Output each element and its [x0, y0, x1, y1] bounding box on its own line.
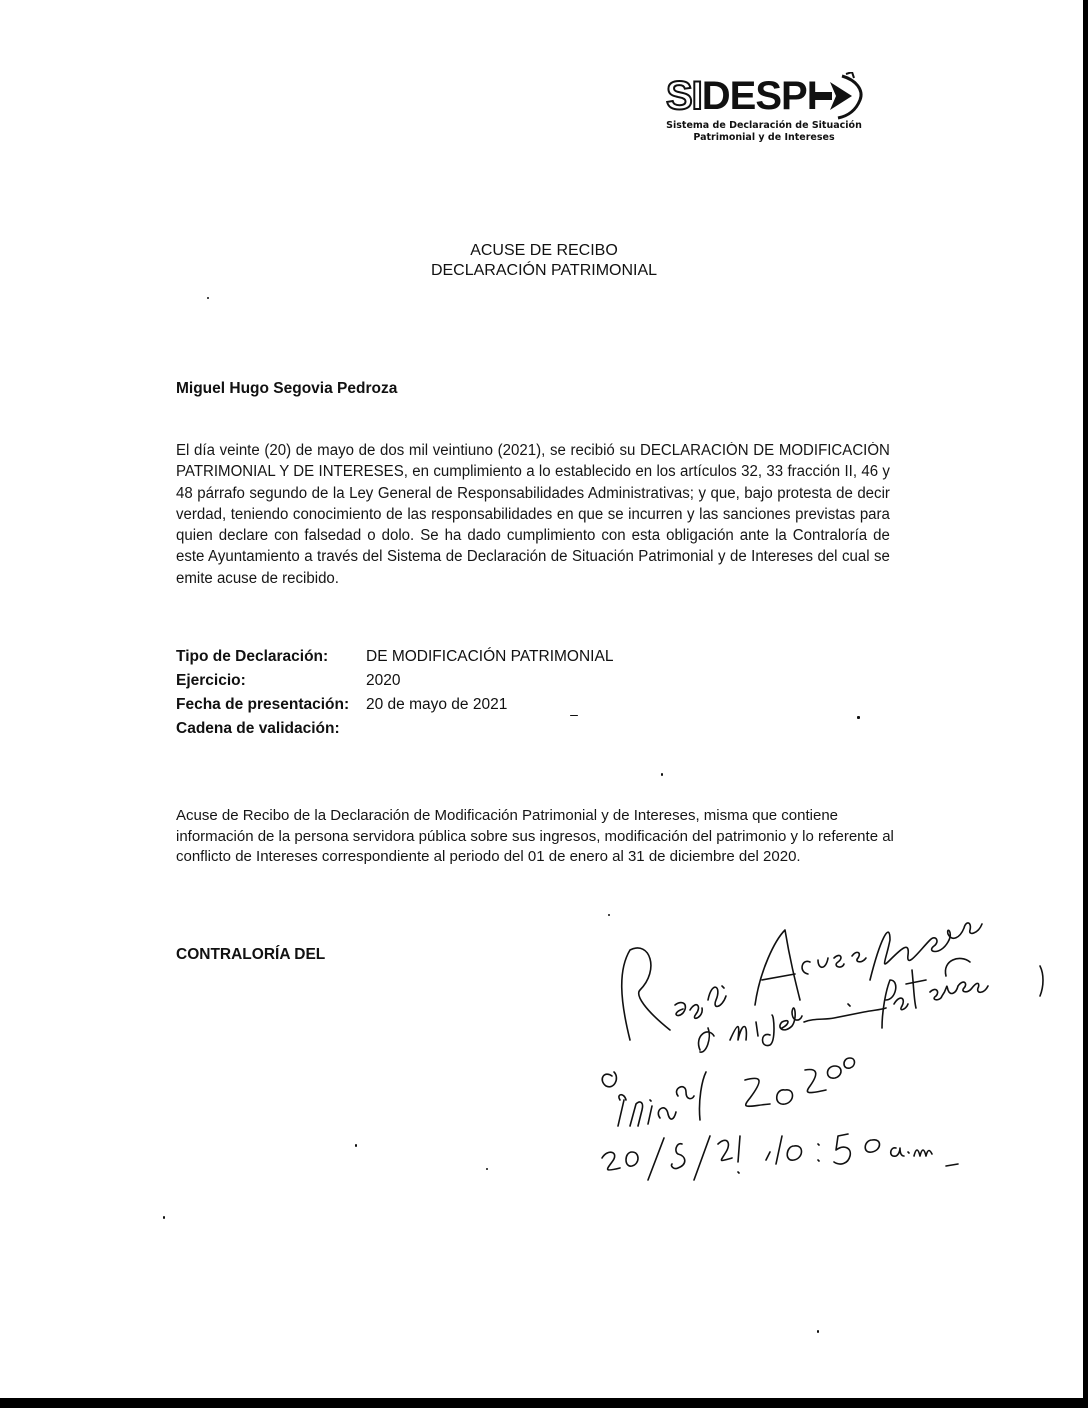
- detail-row-validation: Cadena de validación:: [176, 718, 613, 742]
- handwritten-note: Recibí Acuse Resguardo: [590, 900, 1070, 1200]
- detail-row-type: Tipo de Declaración: DE MODIFICACIÓN PAT…: [176, 646, 613, 670]
- scan-speck: [163, 1216, 165, 1219]
- note-paragraph: Acuse de Recibo de la Declaración de Mod…: [176, 806, 906, 868]
- declaration-details: Tipo de Declaración: DE MODIFICACIÓN PAT…: [176, 646, 613, 742]
- arrow-logo-icon: [812, 72, 868, 120]
- scan-speck: [207, 297, 209, 299]
- detail-value: 2020: [366, 670, 400, 694]
- detail-value: 20 de mayo de 2021: [366, 694, 507, 718]
- document-title: ACUSE DE RECIBO DECLARACIÓN PATRIMONIAL: [0, 241, 1088, 281]
- scan-speck: [355, 1144, 357, 1147]
- scan-speck: [661, 773, 663, 776]
- sidespi-logo: SIDESPI Sistema de Declaración de Situac…: [664, 72, 874, 144]
- recipient-name: Miguel Hugo Segovia Pedroza: [176, 380, 397, 398]
- scan-speck: [570, 715, 578, 716]
- scan-speck: [608, 914, 610, 916]
- detail-row-year: Ejercicio: 2020: [176, 670, 613, 694]
- scan-right-edge: [1083, 0, 1088, 1398]
- detail-label: Fecha de presentación:: [176, 694, 366, 718]
- scan-speck: [857, 716, 860, 719]
- detail-label: Tipo de Declaración:: [176, 646, 366, 670]
- detail-label: Cadena de validación:: [176, 718, 366, 742]
- body-paragraph: El día veinte (20) de mayo de dos mil ve…: [176, 440, 890, 589]
- title-line-1: ACUSE DE RECIBO: [0, 241, 1088, 261]
- scan-speck: [486, 1168, 488, 1170]
- logo-subtitle-1: Sistema de Declaración de Situación: [664, 120, 864, 132]
- logo-subtitle-2: Patrimonial y de Intereses: [664, 132, 864, 144]
- logo-wordmark: SIDESPI: [666, 76, 817, 116]
- detail-row-date: Fecha de presentación: 20 de mayo de 202…: [176, 694, 613, 718]
- detail-label: Ejercicio:: [176, 670, 366, 694]
- detail-value: DE MODIFICACIÓN PATRIMONIAL: [366, 646, 613, 670]
- title-line-2: DECLARACIÓN PATRIMONIAL: [0, 261, 1088, 281]
- scan-bottom-edge: [0, 1398, 1088, 1408]
- scan-speck: [817, 1330, 819, 1333]
- signature-block: CONTRALORÍA DEL: [176, 946, 325, 964]
